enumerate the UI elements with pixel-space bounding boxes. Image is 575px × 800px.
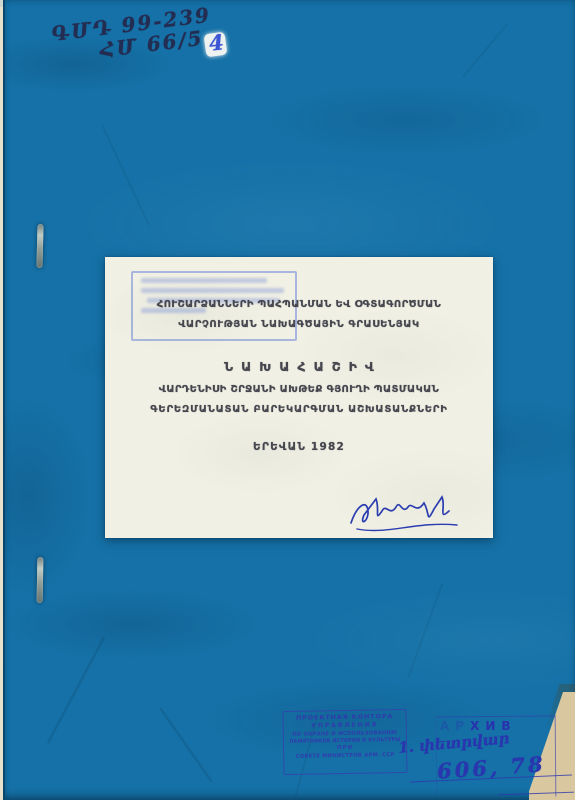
subject-line-2: ԳԵՐԵԶՄԱՆԱՏԱՆ ԲԱՐԵԿԱՐԳՄԱՆ ԱՇԽԱՏԱՆՔՆԵՐԻ bbox=[105, 404, 493, 415]
faint-stamp-line bbox=[141, 288, 284, 293]
corrected-digit: 4 bbox=[208, 29, 225, 55]
cover-crease bbox=[463, 23, 509, 77]
staple-top bbox=[36, 224, 43, 268]
organization-line-1: ՀՈՒՇԱՐՁԱՆՆԵՐԻ ՊԱՀՊԱՆՄԱՆ ԵՎ ՕԳՏԱԳՈՐԾՄԱՆ bbox=[105, 299, 493, 310]
scanned-cover-page: ԳՄԴ 99-239 ՀՄ 66/5 4 ՀՈՒՇԱՐՁԱՆՆԵՐԻ ՊԱՀՊԱ… bbox=[0, 0, 575, 800]
stamp-line: ПО ОХРАНЕ И ИСПОЛЬЗОВАНИЮ bbox=[284, 730, 406, 738]
cover-crease bbox=[47, 637, 105, 744]
stamp-line: ПРИ bbox=[284, 744, 406, 752]
document-title: ՆԱԽԱՀԱՇԻՎ bbox=[105, 359, 493, 374]
cover-crease bbox=[408, 583, 443, 677]
subject-line-1: ՎԱՐԴԵՆԻՍԻ ՇՐՋԱՆԻ ԱԽԹԵՔ ԳՅՈՒՂԻ ՊԱՏՄԱԿԱՆ bbox=[105, 384, 493, 395]
organization-line-2: ՎԱՐՉՈՒԹՅԱՆ ՆԱԽԱԳԾԱՅԻՆ ԳՐԱՍԵՆՅԱԿ bbox=[105, 319, 493, 330]
city-and-year: ԵՐԵՎԱՆ 1982 bbox=[105, 441, 493, 453]
signature bbox=[343, 489, 469, 537]
project-office-stamp: ПРОЕКТНАЯ КОНТОРА УПРАВЛЕНИЯ ПО ОХРАНЕ И… bbox=[282, 709, 407, 775]
typed-title-label: ՀՈՒՇԱՐՁԱՆՆԵՐԻ ՊԱՀՊԱՆՄԱՆ ԵՎ ՕԳՏԱԳՈՐԾՄԱՆ Վ… bbox=[105, 257, 493, 538]
archive-label-faint: АР bbox=[440, 719, 470, 733]
stamp-line: УПРАВЛЕНИЯ bbox=[284, 721, 406, 730]
staple-bottom bbox=[37, 557, 44, 603]
cover-crease bbox=[159, 708, 212, 783]
stamp-line: СОВЕТЕ МИНИСТРОВ АРМ. ССР bbox=[284, 752, 406, 760]
faint-stamp-line bbox=[141, 278, 267, 283]
cover-crease bbox=[102, 125, 149, 225]
